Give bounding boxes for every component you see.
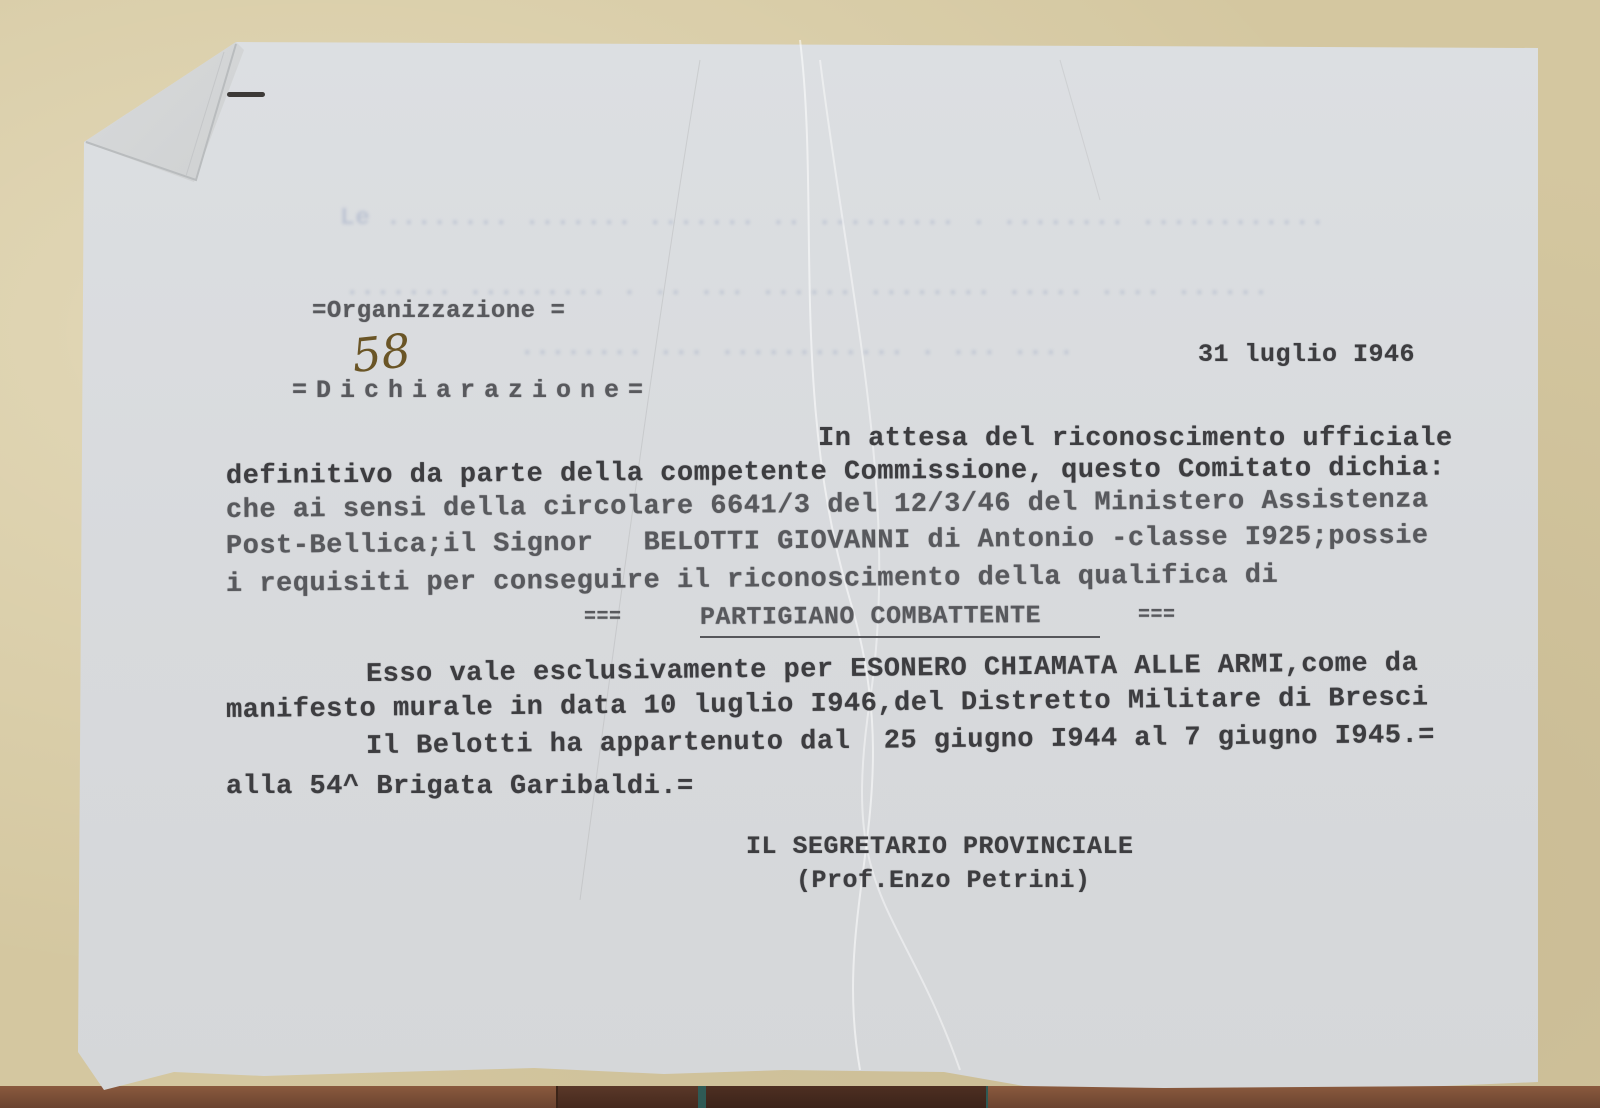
handwritten-number: 58 (349, 323, 413, 383)
qualification-left-marks: === (584, 606, 622, 629)
bleed-through-line-3: ........ ... ............ . ... .... (520, 335, 1074, 362)
document-title: =Dichiarazione= (292, 376, 652, 405)
signature-name: (Prof.Enzo Petrini) (796, 866, 1091, 895)
staple-icon (227, 92, 265, 97)
qualification-underline (700, 636, 1100, 638)
organization-heading: =Organizzazione = (312, 298, 565, 325)
body-line-9: alla 54^ Brigata Garibaldi.= (226, 772, 694, 802)
shelf-edge (0, 1086, 1600, 1108)
body-line-1: In attesa del riconoscimento ufficiale (818, 424, 1453, 454)
bleed-through-line-1: Le ........ ....... ....... .. .........… (340, 205, 1326, 232)
document-date: 31 luglio I946 (1198, 340, 1415, 369)
qualification-right-marks: === (1138, 604, 1176, 627)
signature-role: IL SEGRETARIO PROVINCIALE (746, 832, 1134, 861)
qualification-title: PARTIGIANO COMBATTENTE (700, 601, 1041, 632)
